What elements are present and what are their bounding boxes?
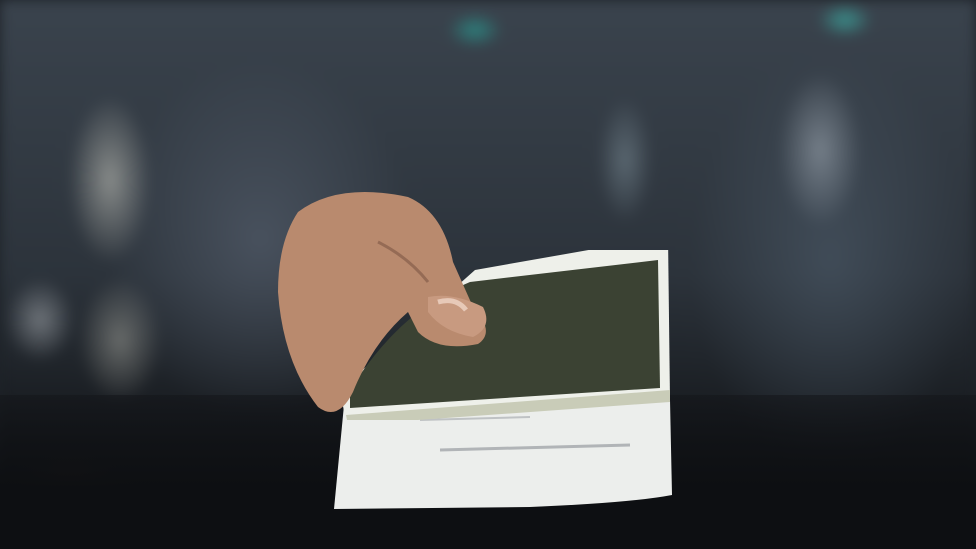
hand	[278, 182, 498, 422]
photo-scene	[0, 0, 976, 549]
